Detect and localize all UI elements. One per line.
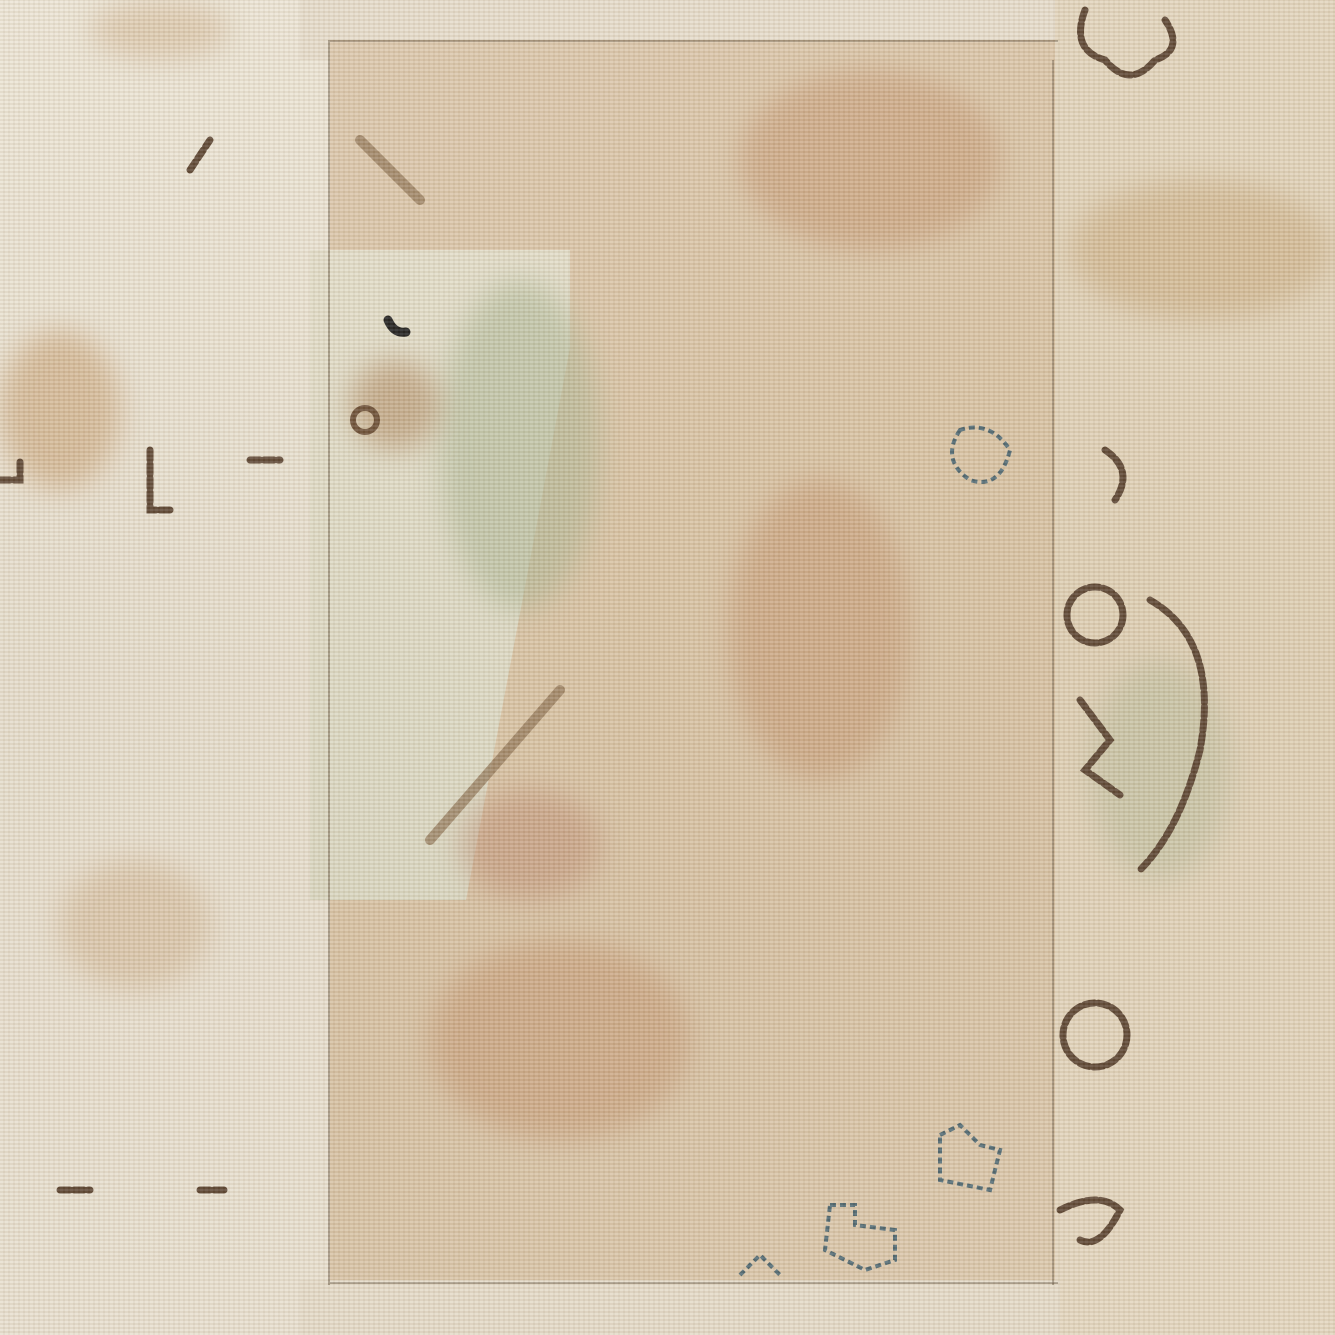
rug-motifs — [0, 0, 1335, 1335]
rug-photo — [0, 0, 1335, 1335]
